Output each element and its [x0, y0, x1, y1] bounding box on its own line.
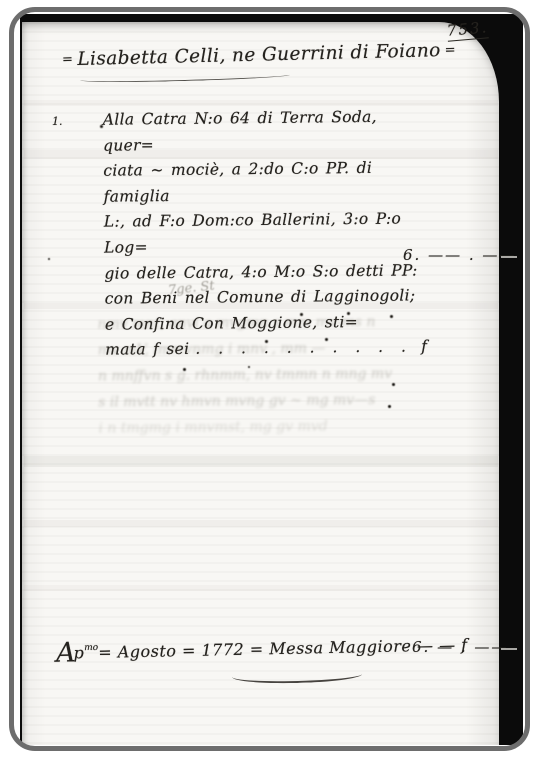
ink-spot: [183, 368, 186, 371]
footer-flourish: A: [56, 637, 74, 668]
ledger-dash: [501, 256, 517, 258]
ink-spot: [392, 383, 395, 386]
document-viewer: 753. =Lisabetta Celli, ne Guerrini di Fo…: [0, 0, 540, 760]
scan-streak: [24, 456, 498, 467]
ink-spot: [265, 340, 268, 343]
title-flourish-underline: [80, 71, 290, 83]
faded-line: i n tmgmg i mnvmst, mg gv mvd: [98, 413, 432, 442]
page-content: 753. =Lisabetta Celli, ne Guerrini di Fo…: [0, 0, 540, 760]
footer-abbrev: p: [73, 643, 84, 662]
ink-spot: [388, 405, 391, 408]
ink-spot: [347, 312, 350, 315]
amount-entry: 6. —— . ——: [403, 246, 516, 264]
ink-spot: [300, 313, 303, 316]
ink-spot: [48, 258, 50, 260]
title-ornament-right: =: [440, 43, 460, 58]
page-title: =Lisabetta Celli, ne Guerrini di Foiano=: [58, 41, 426, 71]
ledger-dash: [501, 648, 517, 650]
ink-spot: [390, 315, 393, 318]
manuscript-line: Alla Catra N:o 64 di Terra Soda, quer=: [103, 104, 426, 159]
ink-spot: [100, 125, 103, 128]
footer-amount: 6. — . ——: [412, 638, 508, 656]
footer-flourish-swash: [232, 666, 362, 686]
manuscript-line: gio delle Catra, 4:o M:o S:o detti PP:: [104, 258, 426, 287]
ink-spot: [325, 338, 328, 341]
title-ornament-left: =: [58, 52, 78, 67]
footer-entry: Apmo= Agosto = 1772 = Messa Maggiore — —…: [56, 630, 417, 669]
manuscript-line: ciata ~ mociè, a 2:do C:o PP. di famigli…: [103, 156, 426, 211]
footer-text: = Agosto = 1772 = Messa Maggiore: [98, 636, 412, 662]
faded-line: n mnffvn s g. rhnmm, nv tmmn n mng mv: [98, 361, 432, 390]
manuscript-line: L:, ad F:o Dom:co Ballerini, 3:o P:o Log…: [104, 207, 427, 262]
footer-abbrev-sup: mo: [84, 643, 98, 653]
page-title-text: Lisabetta Celli, ne Guerrini di Foiano: [77, 40, 441, 70]
margin-note: 1.: [52, 115, 63, 128]
faded-line: s il mvtt nv hmvn mvng gv ~ mg mv—s: [98, 387, 432, 416]
scan-streak: [24, 520, 498, 527]
scan-streak: [24, 585, 498, 591]
page-number: 753.: [446, 18, 489, 42]
faded-text-block: nmv mnt, anvi a mvgmn s mm mv-ms n mv mV…: [97, 309, 432, 442]
faded-line: mv mV, immvnmg i mnv , mm —: [98, 335, 432, 364]
faded-line: nmv mnt, anvi a mvgmn s mm mv-ms n: [97, 309, 431, 338]
ink-spot: [248, 366, 250, 368]
